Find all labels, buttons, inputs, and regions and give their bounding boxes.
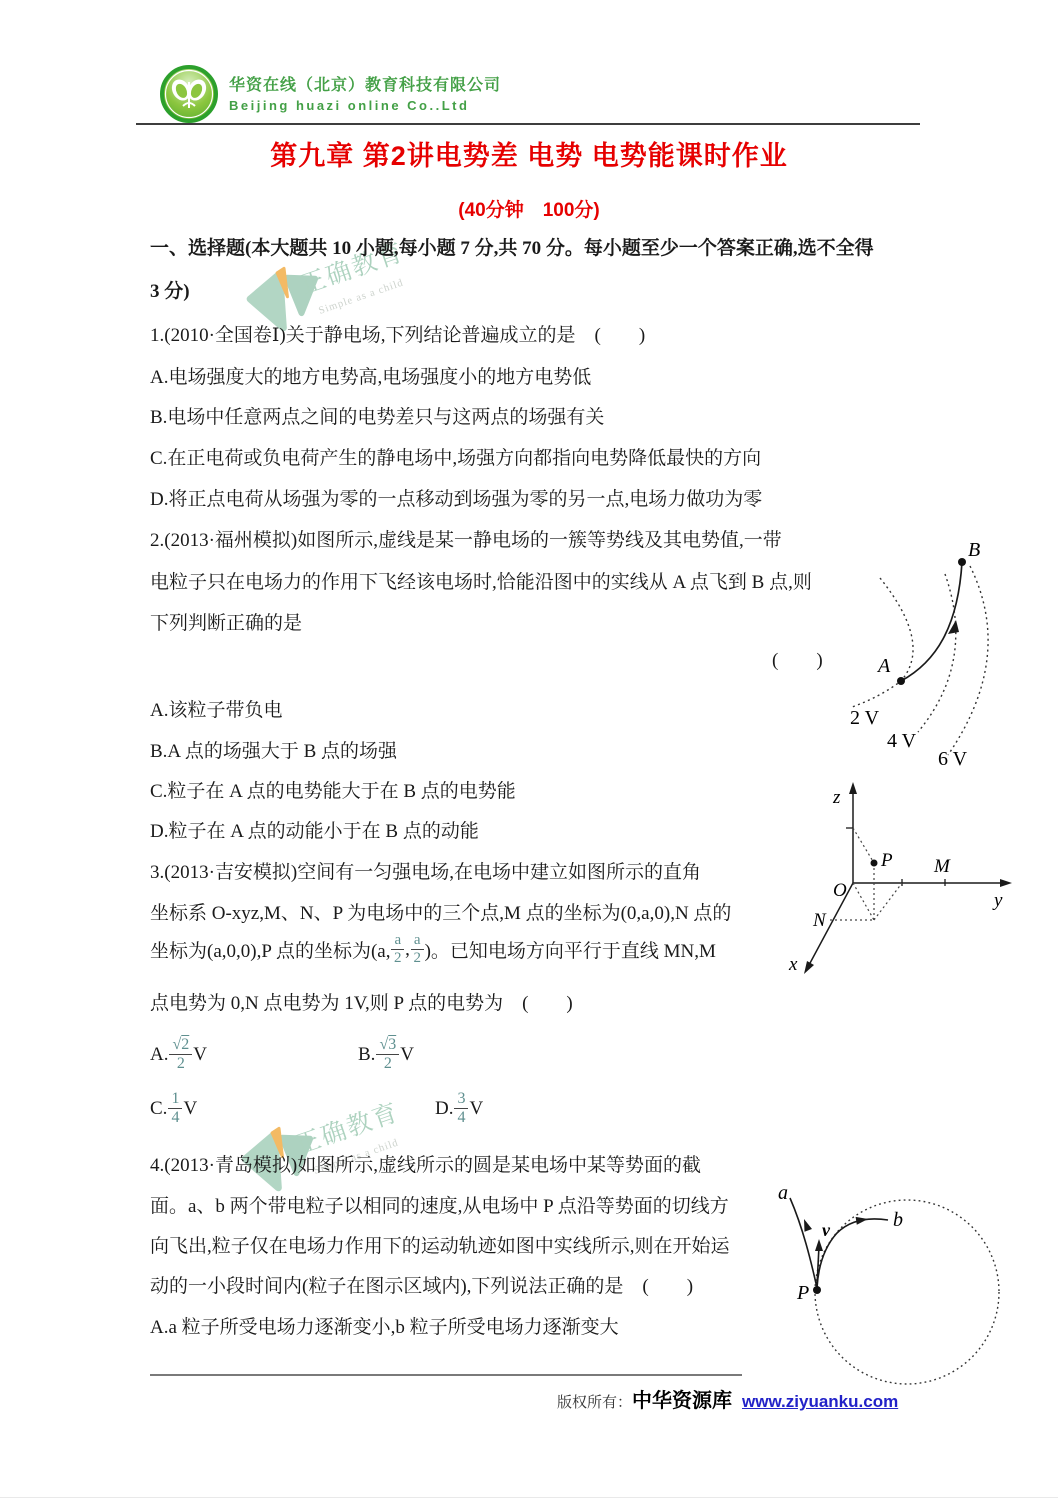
label-v: v bbox=[822, 1220, 831, 1240]
q1-option-a: A.电场强度大的地方电势高,电场强度小的地方电势低 bbox=[150, 362, 591, 389]
trajectory-a-arrowhead bbox=[804, 1219, 812, 1232]
q3-stem-line4: 点电势为 0,N 点电势为 1V,则 P 点的电势为 ( ) bbox=[150, 988, 573, 1015]
option-label: A. bbox=[150, 1044, 168, 1066]
label-origin: O bbox=[833, 880, 847, 901]
label-y: y bbox=[992, 890, 1003, 911]
footer: 版权所有： 中华资源库 www.ziyuanku.com bbox=[557, 1384, 898, 1413]
equipotential-line-4v bbox=[918, 574, 956, 732]
velocity-arrowhead bbox=[815, 1239, 823, 1251]
coordinate-system-figure: z y x O P M N bbox=[783, 773, 1018, 988]
q3-stem-line3: 坐标为(a,0,0),P 点的坐标为(a, a 2 , a 2 )。已知电场方向… bbox=[150, 932, 716, 968]
footer-divider bbox=[150, 1374, 742, 1376]
q3-stem3-pre: 坐标为(a,0,0),P 点的坐标为(a, bbox=[150, 936, 390, 963]
q4-stem-line3: 向飞出,粒子仅在电场力作用下的运动轨迹如图中实线所示,则在开始运 bbox=[150, 1231, 730, 1258]
company-logo bbox=[159, 64, 219, 124]
q2-option-b: B.A 点的场强大于 B 点的场强 bbox=[150, 736, 397, 763]
label-a: A bbox=[876, 655, 891, 677]
q3-option-b: B. √3 2 V bbox=[358, 1036, 414, 1074]
footer-url-link[interactable]: www.ziyuanku.com bbox=[742, 1392, 898, 1412]
y-axis-arrowhead bbox=[1000, 879, 1012, 887]
fraction-a-over-2: a 2 bbox=[391, 932, 404, 968]
watermark-subtext: Simple as a child bbox=[317, 277, 405, 316]
equipotential-figure: A B 2 V 4 V 6 V bbox=[768, 532, 1058, 782]
option-unit: V bbox=[183, 1098, 197, 1120]
page-title: 第九章 第2讲电势差 电势 电势能课时作业 bbox=[150, 134, 908, 173]
q2-option-d: D.粒子在 A 点的动能小于在 B 点的动能 bbox=[150, 816, 479, 843]
point-p-dot bbox=[813, 1286, 821, 1294]
label-b: B bbox=[968, 539, 980, 561]
company-name-block: 华资在线（北京）教育科技有限公司 Beijing huazi online Co… bbox=[229, 72, 501, 113]
label-m: M bbox=[933, 856, 951, 877]
fraction-sqrt3-over-2: √3 2 bbox=[376, 1036, 399, 1074]
q1-option-c: C.在正电荷或负电荷产生的静电场中,场强方向都指向电势降低最快的方向 bbox=[150, 443, 761, 470]
q4-stem-line1: 4.(2013·青岛模拟)如图所示,虚线所示的圆是某电场中某等势面的截 bbox=[150, 1150, 701, 1177]
label-b: b bbox=[893, 1209, 903, 1231]
trajectory-b-arrowhead bbox=[856, 1217, 868, 1225]
q1-stem: 1.(2010·全国卷Ⅰ)关于静电场,下列结论普遍成立的是 ( ) bbox=[150, 320, 645, 347]
point-p-dot bbox=[871, 860, 878, 867]
q4-stem-line2: 面。a、b 两个带电粒子以相同的速度,从电场中 P 点沿等势面的切线方 bbox=[150, 1191, 729, 1218]
label-2v: 2 V bbox=[850, 707, 880, 729]
option-unit: V bbox=[400, 1044, 414, 1066]
fraction-sqrt2-over-2: √2 2 bbox=[169, 1036, 192, 1074]
worksheet-page: 华资在线（北京）教育科技有限公司 Beijing huazi online Co… bbox=[0, 0, 1058, 1498]
section-heading-line2: 3 分) bbox=[150, 276, 190, 303]
q3-option-c: C. 1 4 V bbox=[150, 1090, 197, 1128]
option-unit: V bbox=[193, 1044, 207, 1066]
option-label: B. bbox=[358, 1044, 375, 1066]
q3-stem3-post: )。已知电场方向平行于直线 MN,M bbox=[425, 936, 716, 963]
q3-stem-line2: 坐标系 O-xyz,M、N、P 为电场中的三个点,M 点的坐标为(0,a,0),… bbox=[150, 898, 731, 925]
copyright-prefix: 版权所有： bbox=[557, 1391, 632, 1412]
company-name-cn: 华资在线（北京）教育科技有限公司 bbox=[229, 72, 501, 95]
x-axis-arrowhead bbox=[804, 961, 814, 974]
company-name-en: Beijing huazi online Co..Ltd bbox=[229, 98, 501, 113]
q2-option-c: C.粒子在 A 点的电势能大于在 B 点的电势能 bbox=[150, 776, 516, 803]
q2-option-a: A.该粒子带负电 bbox=[150, 695, 282, 722]
trajectory-a bbox=[790, 1198, 817, 1288]
label-6v: 6 V bbox=[938, 748, 968, 770]
label-4v: 4 V bbox=[887, 730, 917, 752]
point-b-dot bbox=[958, 558, 966, 566]
label-p: P bbox=[880, 850, 893, 871]
option-label: D. bbox=[435, 1098, 453, 1120]
q4-option-a: A.a 粒子所受电场力逐渐变小,b 粒子所受电场力逐渐变大 bbox=[150, 1312, 619, 1339]
header-divider bbox=[136, 123, 920, 125]
option-label: C. bbox=[150, 1098, 167, 1120]
q2-stem-line1: 2.(2013·福州模拟)如图所示,虚线是某一静电场的一簇等势线及其电势值,一带 bbox=[150, 525, 782, 552]
equipotential-circle-figure: P v a b bbox=[773, 1183, 1018, 1388]
label-p: P bbox=[796, 1282, 809, 1304]
q4-stem-line4: 动的一小段时间内(粒子在图示区域内),下列说法正确的是 ( ) bbox=[150, 1271, 693, 1298]
q3-stem3-mid: , bbox=[405, 939, 410, 961]
q3-stem-line1: 3.(2013·吉安模拟)空间有一匀强电场,在电场中建立如图所示的直角 bbox=[150, 857, 701, 884]
fraction-a-over-2: a 2 bbox=[411, 932, 424, 968]
point-a-dot bbox=[897, 677, 905, 685]
particle-trajectory bbox=[901, 562, 962, 681]
q1-option-d: D.将正点电荷从场强为零的一点移动到场强为零的另一点,电场力做功为零 bbox=[150, 484, 762, 511]
q2-stem-line2: 电粒子只在电场力的作用下飞经该电场时,恰能沿图中的实线从 A 点飞到 B 点,则 bbox=[150, 567, 812, 594]
label-x: x bbox=[788, 954, 798, 975]
equipotential-line-2v bbox=[852, 578, 913, 707]
label-z: z bbox=[832, 787, 841, 808]
trajectory-arrowhead bbox=[948, 620, 959, 634]
section-heading-line1: 一、选择题(本大题共 10 小题,每小题 7 分,共 70 分。每小题至少一个答… bbox=[150, 233, 874, 260]
label-n: N bbox=[812, 910, 827, 931]
q2-stem-line3: 下列判断正确的是 bbox=[150, 608, 302, 635]
equipotential-line-6v bbox=[948, 566, 988, 755]
copyright-brand: 中华资源库 bbox=[632, 1384, 732, 1413]
option-unit: V bbox=[469, 1098, 483, 1120]
fraction-1-over-4: 1 4 bbox=[168, 1090, 182, 1128]
q1-option-b: B.电场中任意两点之间的电势差只与这两点的场强有关 bbox=[150, 402, 604, 429]
fraction-3-over-4: 3 4 bbox=[454, 1090, 468, 1128]
q3-option-a: A. √2 2 V bbox=[150, 1036, 207, 1074]
page-subtitle: (40分钟 100分) bbox=[150, 195, 908, 222]
z-axis-arrowhead bbox=[849, 782, 857, 794]
q3-option-d: D. 3 4 V bbox=[435, 1090, 483, 1128]
label-a: a bbox=[778, 1183, 788, 1204]
